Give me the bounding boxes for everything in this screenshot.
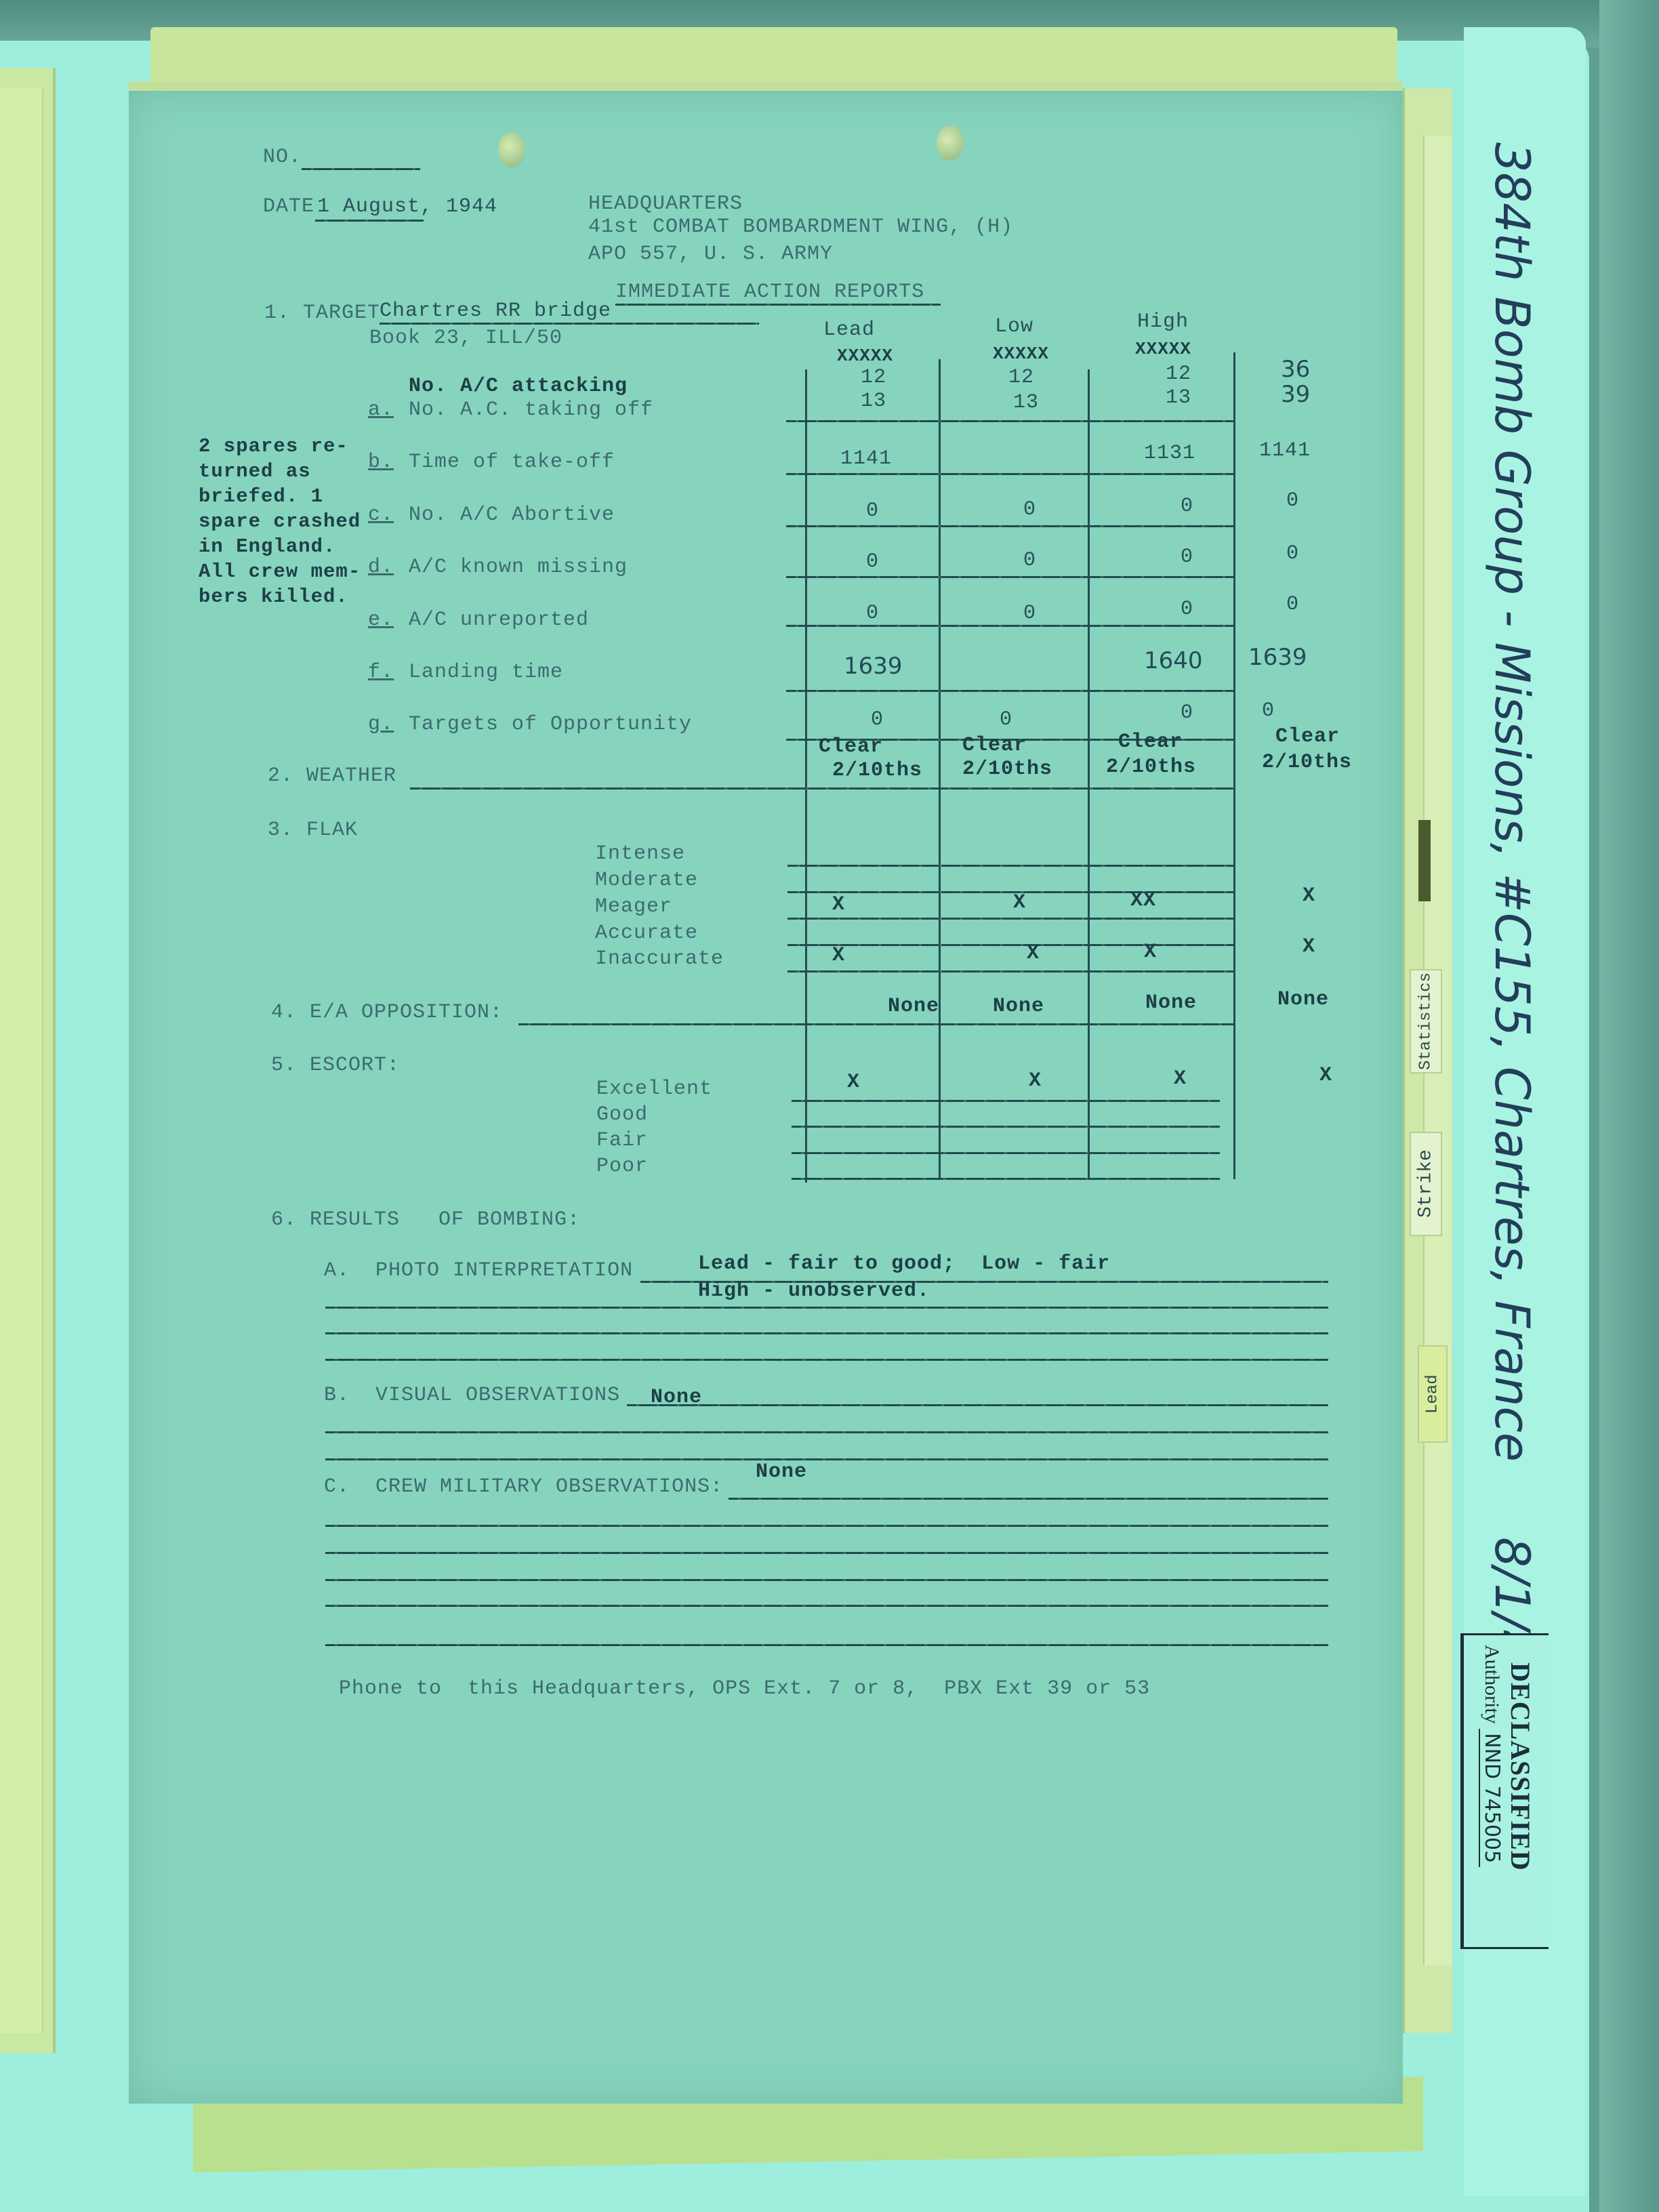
opposition-high: None: [1145, 991, 1197, 1015]
attacking-total: 36: [1281, 356, 1310, 383]
landing-lead: 1639: [844, 653, 903, 680]
target-underline: [380, 323, 759, 325]
flak-inaccurate-low: X: [1027, 942, 1040, 965]
photo-interpretation-line-1: Lead - fair to good; Low - fair: [698, 1252, 1110, 1275]
stamp-authority-row: Authority NND 745005: [1480, 1645, 1504, 1867]
row-d-letter: d.: [368, 556, 394, 579]
visual-line-2: [325, 1431, 1328, 1433]
opposition-label: 4. E/A OPPOSITION:: [271, 1001, 503, 1024]
crew-line-1: [729, 1498, 1328, 1500]
escort-label: 5. ESCORT:: [271, 1054, 400, 1077]
side-note: 2 spares re- turned as briefed. 1 spare …: [199, 434, 361, 609]
row-f-letter: f.: [368, 661, 394, 684]
col-header-high: High: [1137, 310, 1189, 333]
taking-off-lead: 13: [861, 390, 886, 413]
no-label: NO.: [263, 146, 302, 169]
escort-poor: Poor: [596, 1155, 648, 1178]
escort-line-3: [792, 1152, 1220, 1154]
row-b-letter: b.: [368, 451, 394, 474]
takeoff-time-total: 1141: [1259, 439, 1311, 462]
flak-meager-total: X: [1303, 884, 1315, 907]
unreported-total: 0: [1286, 593, 1299, 616]
opportunity-high: 0: [1181, 701, 1193, 724]
tab-strike[interactable]: Strike: [1410, 1132, 1442, 1236]
flak-moderate: Moderate: [595, 869, 698, 892]
weather-low-2: 2/10ths: [962, 758, 1052, 781]
crew-line-2: [325, 1525, 1328, 1527]
grid-v-lead-low: [939, 359, 941, 1179]
weather-label: 2. WEATHER: [268, 764, 396, 787]
takeoff-time-lead: 1141: [840, 447, 892, 470]
crew-line-3: [325, 1552, 1328, 1554]
row-e-letter: e.: [368, 609, 394, 632]
flak-inaccurate-lead: X: [832, 944, 845, 967]
col-header-low: Low: [995, 315, 1033, 338]
document-page: [129, 81, 1403, 2104]
opposition-total: None: [1277, 988, 1329, 1011]
hq-line-3: APO 557, U. S. ARMY: [588, 243, 833, 266]
opposition-low: None: [993, 995, 1044, 1018]
unreported-lead: 0: [866, 602, 879, 625]
photo-line-3: [325, 1332, 1328, 1334]
row-g-label: Targets of Opportunity: [409, 713, 692, 736]
flak-inaccurate-high: X: [1144, 941, 1157, 964]
photo-interpretation-line-2: High - unobserved.: [698, 1279, 930, 1303]
flak-meager-high: XX: [1130, 889, 1156, 912]
weather-high-2: 2/10ths: [1106, 756, 1196, 779]
visual-line-3: [325, 1458, 1328, 1460]
landing-high: 1640: [1144, 647, 1203, 674]
opportunity-total: 0: [1262, 699, 1275, 722]
row-line-c: [786, 525, 1233, 527]
results-label: 6. RESULTS OF BOMBING:: [271, 1208, 580, 1231]
crew-line-6: [325, 1644, 1328, 1646]
escort-excellent-high: X: [1174, 1067, 1187, 1090]
form-title: IMMEDIATE ACTION REPORTS: [615, 281, 924, 304]
weather-lead-1: Clear: [819, 735, 883, 758]
escort-line-1: [792, 1100, 1220, 1102]
escort-excellent-lead: X: [847, 1071, 860, 1094]
stamp-authority-label: Authority: [1481, 1645, 1503, 1724]
opportunity-low: 0: [1000, 708, 1012, 731]
tab-dark-edge: [1418, 820, 1431, 901]
date-label: DATE: [263, 195, 314, 218]
row-b-label: Time of take-off: [409, 451, 615, 474]
flak-inaccurate: Inaccurate: [595, 947, 724, 970]
row-d-label: A/C known missing: [409, 556, 628, 579]
row-a-label: No. A.C. taking off: [409, 398, 653, 422]
escort-excellent: Excellent: [596, 1078, 712, 1101]
attacking-low: 12: [1008, 366, 1034, 389]
photo-line-2: [325, 1307, 1328, 1309]
form-title-underline: [615, 304, 941, 306]
escort-good: Good: [596, 1103, 648, 1126]
abortive-high: 0: [1181, 495, 1193, 518]
escort-fair: Fair: [596, 1129, 648, 1152]
target-label: 1. TARGET: [264, 302, 380, 325]
col-low-struck: XXXXX: [993, 342, 1049, 365]
row-a-letter: a.: [368, 398, 394, 422]
visual-line-1: [627, 1404, 1328, 1406]
unreported-low: 0: [1023, 602, 1036, 625]
row-c-letter: c.: [368, 504, 394, 527]
takeoff-time-high: 1131: [1144, 442, 1195, 465]
escort-excellent-low: X: [1029, 1069, 1042, 1092]
punch-hole-right: [937, 125, 964, 161]
taking-off-total: 39: [1281, 381, 1310, 408]
crew-observations-label: C. CREW MILITARY OBSERVATIONS:: [324, 1475, 723, 1498]
missing-low: 0: [1023, 549, 1036, 572]
attacking-lead: 12: [861, 366, 886, 389]
flak-line-3: [787, 918, 1233, 920]
missing-lead: 0: [866, 550, 879, 573]
opposition-lead: None: [888, 995, 939, 1018]
no-field-line: [302, 168, 420, 170]
unreported-high: 0: [1181, 598, 1193, 621]
date-value: 1 August, 1944: [317, 195, 497, 218]
flak-meager-low: X: [1013, 891, 1026, 914]
weather-total-1: Clear: [1275, 725, 1340, 748]
flak-meager-lead: X: [832, 893, 845, 916]
target-reference: Book 23, ILL/50: [369, 327, 562, 350]
taking-off-high: 13: [1166, 386, 1191, 409]
tab-statistics[interactable]: Statistics: [1410, 969, 1442, 1073]
opportunity-lead: 0: [871, 708, 884, 731]
escort-line-2: [792, 1126, 1220, 1128]
flak-line-5: [787, 970, 1233, 972]
abortive-total: 0: [1286, 489, 1299, 512]
flak-line-4: [787, 944, 1233, 946]
weather-high-1: Clear: [1118, 731, 1183, 754]
tab-lead[interactable]: Lead: [1418, 1345, 1448, 1443]
row-g-letter: g.: [368, 713, 394, 736]
weather-lead-2: 2/10ths: [832, 759, 922, 782]
row-attacking-label: No. A/C attacking: [409, 375, 628, 398]
background-right: [1599, 0, 1659, 2212]
crew-line-4: [325, 1579, 1328, 1581]
row-c-label: No. A/C Abortive: [409, 504, 615, 527]
row-e-label: A/C unreported: [409, 609, 589, 632]
weather-total-2: 2/10ths: [1262, 751, 1352, 774]
visual-observations-label: B. VISUAL OBSERVATIONS: [324, 1384, 620, 1407]
declassified-stamp: DECLASSIFIED Authority NND 745005: [1460, 1633, 1549, 1949]
missing-high: 0: [1181, 546, 1193, 569]
footer-phone: Phone to this Headquarters, OPS Ext. 7 o…: [339, 1677, 1150, 1700]
col-high-struck: XXXXX: [1135, 337, 1191, 361]
flak-intense: Intense: [595, 842, 685, 865]
abortive-low: 0: [1023, 498, 1036, 521]
row-line-e: [786, 625, 1233, 627]
escort-excellent-total: X: [1319, 1064, 1332, 1087]
date-underline: [315, 220, 424, 222]
flak-inaccurate-total: X: [1303, 935, 1315, 958]
grid-v-lead-left: [805, 369, 807, 1183]
hq-line-1: HEADQUARTERS: [588, 192, 743, 216]
flak-line-2: [787, 891, 1233, 893]
opposition-underline: [518, 1023, 1233, 1025]
target-value: Chartres RR bridge: [380, 300, 611, 323]
flak-accurate: Accurate: [595, 922, 698, 945]
grid-v-high-total: [1233, 352, 1235, 1179]
flak-meager: Meager: [595, 895, 672, 918]
missing-total: 0: [1286, 542, 1299, 565]
left-paper-stack-inner: [0, 88, 43, 2033]
weather-underline: [410, 787, 1233, 790]
crew-observations-value: None: [756, 1460, 807, 1483]
margin-handwriting: 384th Bomb Group - Missions, #C155, Char…: [1484, 142, 1540, 1689]
hq-line-2: 41st COMBAT BOMBARDMENT WING, (H): [588, 216, 1013, 239]
stamp-authority-value: NND 745005: [1479, 1729, 1504, 1867]
weather-low-1: Clear: [962, 734, 1027, 757]
stamp-title: DECLASSIFIED: [1504, 1662, 1536, 1871]
flak-label: 3. FLAK: [268, 819, 358, 842]
landing-total: 1639: [1248, 644, 1307, 671]
row-f-label: Landing time: [409, 661, 563, 684]
row-line-a: [786, 420, 1233, 422]
escort-line-4: [792, 1178, 1220, 1180]
row-line-b: [786, 473, 1233, 475]
row-line-d: [786, 576, 1233, 578]
photo-interpretation-label: A. PHOTO INTERPRETATION: [324, 1259, 633, 1282]
row-line-f: [786, 690, 1233, 692]
flak-line-1: [787, 865, 1233, 867]
photo-line-4: [325, 1359, 1328, 1361]
attacking-high: 12: [1166, 363, 1191, 386]
taking-off-low: 13: [1013, 391, 1039, 414]
abortive-lead: 0: [866, 499, 879, 523]
grid-v-low-high: [1088, 369, 1090, 1179]
punch-hole-left: [498, 132, 525, 167]
col-lead-struck: XXXXX: [837, 344, 893, 367]
col-header-lead: Lead: [823, 319, 875, 342]
crew-line-5: [325, 1605, 1328, 1607]
